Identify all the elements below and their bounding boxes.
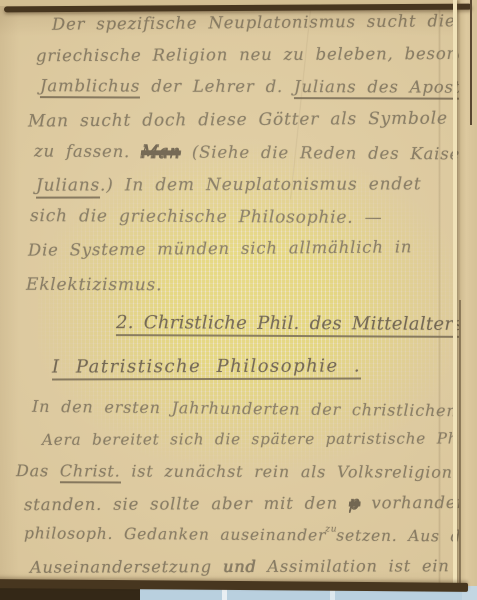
text-segment: ist zunächst rein als Volksreligion ent- (120, 462, 477, 482)
page-edge-shadow-line (470, 0, 472, 125)
text-segment: (Siehe die Reden des Kaisers (181, 142, 477, 163)
manuscript-line: philosoph. Gedanken auseinanderzusetzen.… (24, 525, 477, 546)
manuscript-line: Auseinandersetzung und Assimilation ist … (30, 557, 450, 577)
inserted-text-segment: zu (325, 524, 337, 534)
text-segment: zu fassen. (34, 141, 141, 161)
page-right-edge (453, 0, 457, 592)
manuscript-line: standen. sie sollte aber mit den p vorha… (24, 494, 477, 515)
manuscript-line: zu fassen. Man (Siehe die Reden des Kais… (34, 142, 477, 164)
text-segment: In den ersten Jahrhunderten der christli… (32, 397, 458, 420)
struck-out-text-segment: Man (140, 143, 182, 162)
text-segment: sich die griechische Philosophie. — (30, 206, 383, 228)
next-page-edge-right (459, 0, 477, 600)
page-edge-shadow-line (459, 300, 461, 586)
manuscript-line: Der spezifische Neuplatonismus sucht die (52, 12, 456, 34)
manuscript-line: sich die griechische Philosophie. — (30, 207, 383, 228)
manuscript-line: Das Christ. ist zunächst rein als Volksr… (16, 462, 477, 482)
manuscript-line: Julians.) In dem Neuplatonismus endet (36, 175, 422, 196)
text-segment: Auseinandersetzung (30, 557, 223, 577)
text-segment: standen. sie sollte aber mit den (24, 494, 349, 515)
manuscript-line: Die Systeme münden sich allmählich in (28, 238, 412, 260)
struck-out-text-segment: p (348, 494, 361, 513)
manuscript-line: Jamblichus der Lehrer d. Julians des Apo… (40, 77, 477, 98)
text-segment: Aera bereitet sich die spätere patristis… (42, 429, 477, 449)
text-segment: Der spezifische Neuplatonismus sucht die (52, 11, 456, 34)
text-segment: Das (16, 461, 60, 480)
manuscript-lines: Der spezifische Neuplatonismus sucht die… (0, 0, 477, 600)
text-segment: philosoph. Gedanken auseinander (24, 524, 326, 544)
underlined-text-segment: I Patristische Philosophie . (52, 355, 361, 380)
text-segment: und (223, 557, 257, 576)
underlined-text-segment: Christ. (60, 461, 121, 483)
manuscript-line: Man sucht doch diese Götter als Symbole (28, 110, 448, 132)
text-segment: Man sucht doch diese Götter als Symbole (28, 109, 448, 132)
underlined-text-segment: Jamblichus (40, 76, 140, 98)
manuscript-line: griechische Religion neu zu beleben, bes… (36, 45, 477, 66)
underlined-text-segment: Julians (36, 175, 100, 198)
text-segment: .) In dem Neuplatonismus endet (100, 174, 422, 195)
section-heading: 2. Christliche Phil. des Mittelalters. (116, 313, 469, 336)
manuscript-line: Aera bereitet sich die spätere patristis… (42, 430, 477, 449)
text-segment: Eklektizismus. (26, 275, 162, 295)
manuscript-line: Eklektizismus. (26, 276, 162, 296)
text-segment: Assimilation ist ein (256, 556, 449, 576)
page-below-divider (222, 589, 227, 600)
underlined-text-segment: Julians des Apostaten. (294, 77, 477, 100)
text-segment: der Lehrer d. (140, 77, 294, 97)
text-segment: Die Systeme münden sich allmählich in (28, 237, 412, 259)
subsection-heading: I Patristische Philosophie . (52, 356, 361, 378)
text-segment: griechische Religion neu zu beleben, bes… (36, 44, 477, 65)
underlined-text-segment: 2. Christliche Phil. des Mittelalters. (116, 312, 469, 338)
manuscript-line: In den ersten Jahrhunderten der christli… (32, 398, 458, 421)
